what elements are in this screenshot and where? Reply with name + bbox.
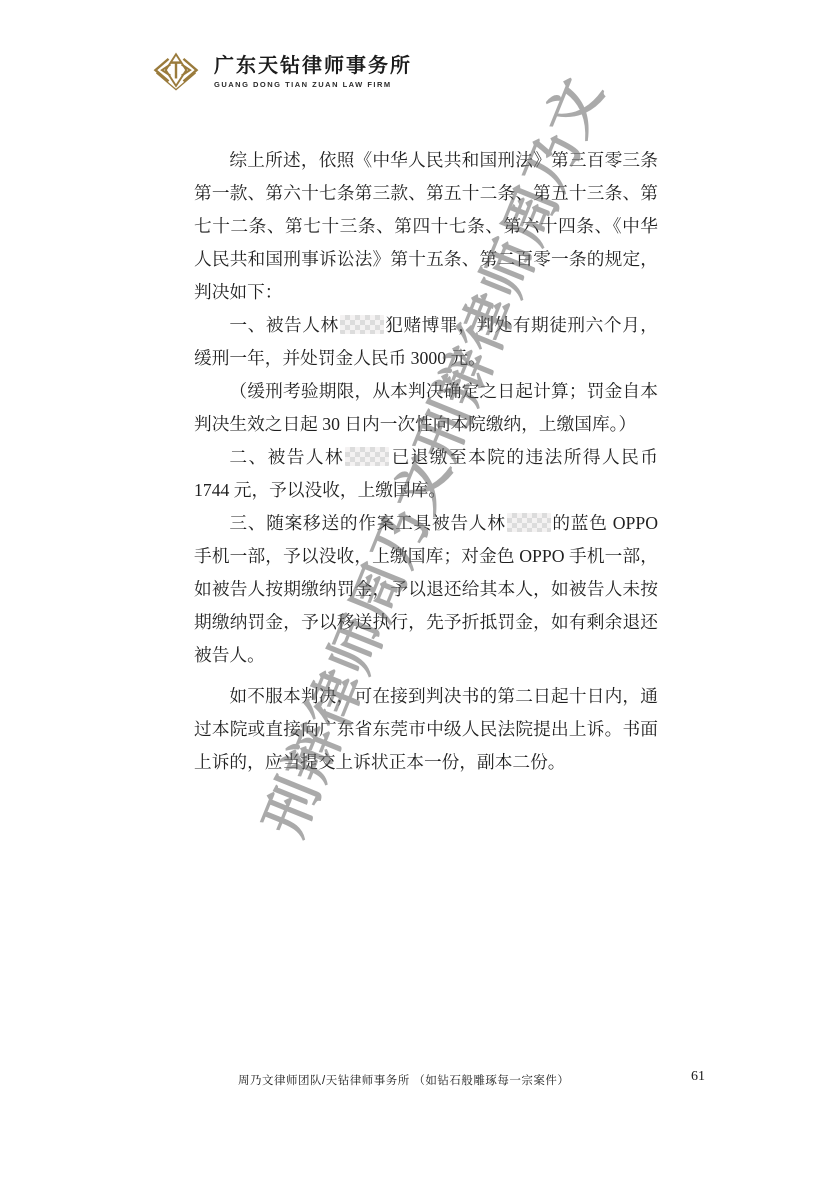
judgment-paragraph: 二、被告人林已退缴至本院的违法所得人民币 1744 元，予以没收，上缴国库。 xyxy=(194,441,658,507)
judgment-paragraph: 如不服本判决，可在接到判决书的第二日起十日内，通过本院或直接向广东省东莞市中级人… xyxy=(194,680,658,779)
paragraph-text: 三、随案移送的作案工具被告人林 xyxy=(229,513,505,533)
law-firm-header: 广东天钻律师事务所 GUANG DONG TIAN ZUAN LAW FIRM xyxy=(148,50,412,92)
law-firm-name-en: GUANG DONG TIAN ZUAN LAW FIRM xyxy=(214,80,412,89)
law-firm-name-block: 广东天钻律师事务所 GUANG DONG TIAN ZUAN LAW FIRM xyxy=(214,54,412,89)
paragraph-text: 的蓝色 OPPO 手机一部，予以没收，上缴国库；对金色 OPPO 手机一部，如被… xyxy=(194,513,658,665)
page-number: 61 xyxy=(691,1069,705,1085)
redacted-name xyxy=(345,447,389,466)
paragraph-text: 一、被告人林 xyxy=(229,315,338,335)
paragraph-text: 二、被告人林 xyxy=(229,447,344,467)
judgment-paragraph: 综上所述，依照《中华人民共和国刑法》第三百零三条第一款、第六十七条第三款、第五十… xyxy=(194,144,658,309)
judgment-paragraph: 一、被告人林犯赌博罪，判处有期徒刑六个月，缓刑一年，并处罚金人民币 3000 元… xyxy=(194,309,658,375)
document-page: 广东天钻律师事务所 GUANG DONG TIAN ZUAN LAW FIRM … xyxy=(0,0,833,1178)
redacted-name xyxy=(340,315,384,334)
diamond-gem-logo-icon xyxy=(148,50,204,92)
judgment-paragraph: 三、随案移送的作案工具被告人林的蓝色 OPPO 手机一部，予以没收，上缴国库；对… xyxy=(194,507,658,672)
paragraph-text: 综上所述，依照《中华人民共和国刑法》第三百零三条第一款、第六十七条第三款、第五十… xyxy=(194,150,658,302)
law-firm-name-cn: 广东天钻律师事务所 xyxy=(214,54,412,78)
paragraph-text: （缓刑考验期限，从本判决确定之日起计算；罚金自本判决生效之日起 30 日内一次性… xyxy=(194,381,658,434)
redacted-name xyxy=(507,513,551,532)
footer-team-line: 周乃文律师团队/天钻律师事务所 （如钻石般雕琢每一宗案件） xyxy=(238,1072,569,1088)
document-body: 综上所述，依照《中华人民共和国刑法》第三百零三条第一款、第六十七条第三款、第五十… xyxy=(194,144,658,779)
paragraph-text: 如不服本判决，可在接到判决书的第二日起十日内，通过本院或直接向广东省东莞市中级人… xyxy=(194,686,658,772)
judgment-paragraph: （缓刑考验期限，从本判决确定之日起计算；罚金自本判决生效之日起 30 日内一次性… xyxy=(194,375,658,441)
